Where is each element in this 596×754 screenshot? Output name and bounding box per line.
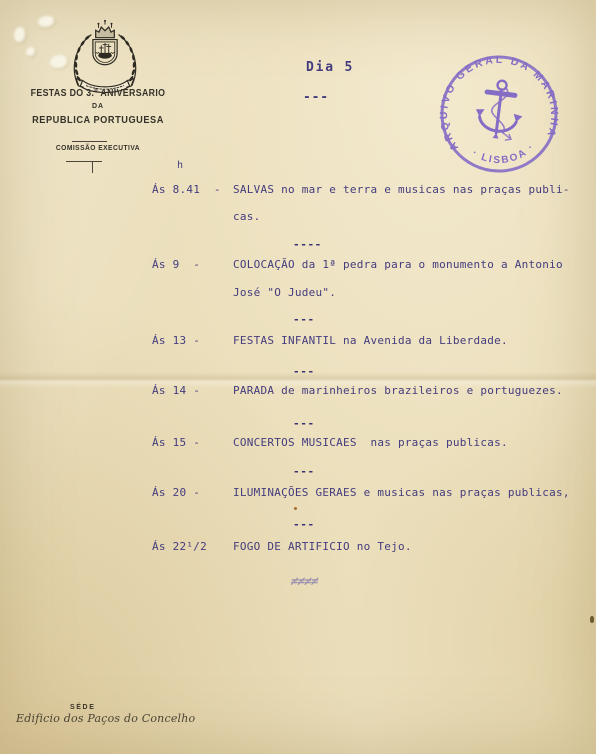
schedule-line: Ás 20 -ILUMINAÇÕES GERAES e musicas nas … (152, 486, 570, 499)
letterhead-tick (92, 162, 93, 173)
schedule-line: Ás 13 -FESTAS INFANTIL na Avenida da Lib… (152, 334, 508, 347)
anchor-icon (473, 78, 527, 142)
letterhead-da: DA (8, 103, 188, 110)
letterhead-rule (72, 141, 107, 142)
footer-sede-label: SÉDE (70, 704, 95, 711)
letterhead-comissao: COMISSÃO EXECUTIVA (13, 145, 184, 152)
paper-damage-spot (38, 16, 54, 27)
ink-speck (590, 616, 594, 623)
paper-damage-spot (26, 47, 35, 56)
schedule-text: cas. (233, 210, 261, 223)
schedule-text: José "O Judeu". (233, 286, 336, 299)
entry-separator: --- (293, 518, 315, 531)
schedule-line-continuation: José "O Judeu". (233, 286, 336, 299)
hour-unit-mark: h (177, 160, 183, 171)
schedule-time: Ás 9 - (152, 258, 233, 271)
schedule-text: PARADA de marinheiros brazileiros e port… (233, 384, 563, 397)
schedule-line: Ás 14 -PARADA de marinheiros brazileiros… (152, 384, 563, 397)
svg-text:· LISBOA ·: · LISBOA · (469, 140, 539, 170)
ink-speck (294, 507, 297, 510)
footer-address: Edificio dos Paços do Concelho (16, 712, 195, 725)
schedule-text: COLOCAÇÃO da 1ª pedra para o monumento a… (233, 258, 563, 271)
letterhead-title: FESTAS DO 3.º ANIVERSARIO (19, 88, 177, 99)
schedule-text: ILUMINAÇÕES GERAES e musicas nas praças … (233, 486, 570, 499)
entry-separator: ---- (293, 238, 322, 251)
entry-separator: --- (293, 365, 315, 378)
schedule-time: Ás 22¹/2 (152, 540, 233, 553)
schedule-text: SALVAS no mar e terra e musicas nas praç… (233, 183, 570, 196)
schedule-line-continuation: cas. (233, 210, 261, 223)
day-title: Dia 5 (306, 60, 354, 75)
end-flourish: ≠≠≠≠ (290, 574, 320, 588)
entry-separator: --- (293, 417, 315, 430)
schedule-time: Ás 8.41 - (152, 183, 233, 196)
paper-damage-spot (14, 27, 25, 42)
schedule-time: Ás 15 - (152, 436, 233, 449)
schedule-line: Ás 9 -COLOCAÇÃO da 1ª pedra para o monum… (152, 258, 563, 271)
letterhead-republica: REPUBLICA PORTUGUESA (15, 115, 181, 126)
letterhead-rule (66, 161, 102, 162)
schedule-time: Ás 14 - (152, 384, 233, 397)
schedule-line: Ás 15 -CONCERTOS MUSICAES nas praças pub… (152, 436, 508, 449)
day-separator: --- (303, 90, 329, 105)
schedule-text: FESTAS INFANTIL na Avenida da Liberdade. (233, 334, 508, 347)
schedule-line: Ás 8.41 -SALVAS no mar e terra e musicas… (152, 183, 570, 196)
archive-stamp: ARQUIVO GERAL DA MARINHA · LISBOA · (434, 50, 564, 180)
entry-separator: --- (293, 313, 315, 326)
stamp-bottom-text: · LISBOA · (469, 140, 539, 170)
schedule-time: Ás 20 - (152, 486, 233, 499)
schedule-text: CONCERTOS MUSICAES nas praças publicas. (233, 436, 508, 449)
shield-ship-icon (93, 40, 117, 65)
document-page: FESTAS DO 3.º ANIVERSARIO DA REPUBLICA P… (0, 0, 596, 754)
entry-separator: --- (293, 465, 315, 478)
schedule-time: Ás 13 - (152, 334, 233, 347)
schedule-text: FOGO DE ARTIFICIO no Tejo. (233, 540, 412, 553)
schedule-line: Ás 22¹/2FOGO DE ARTIFICIO no Tejo. (152, 540, 412, 553)
crown-icon (96, 20, 115, 38)
